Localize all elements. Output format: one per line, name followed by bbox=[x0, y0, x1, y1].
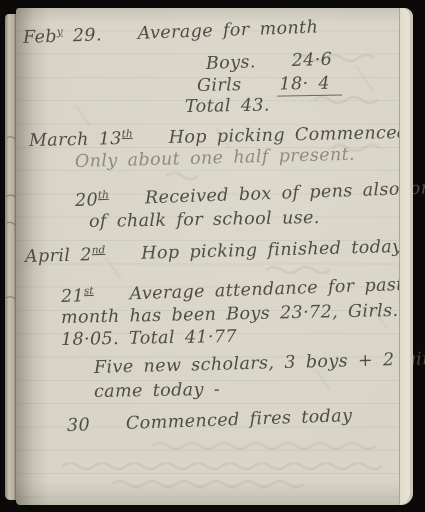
stat-boys-label: Boys. bbox=[206, 52, 256, 74]
entry-march20-text: Received box of pens also one bbox=[145, 178, 425, 208]
facing-page-edge bbox=[5, 14, 16, 500]
date-ordinal: th bbox=[98, 189, 109, 201]
entry-feb29-date: Feby 29. bbox=[23, 25, 103, 48]
stat-total-value: 43. bbox=[241, 96, 270, 117]
facing-page-ink-marks bbox=[5, 14, 16, 500]
entry-march13-date: March 13th bbox=[29, 129, 133, 151]
page-fore-edge bbox=[399, 8, 413, 505]
entry-feb29-text: Average for month bbox=[137, 18, 318, 44]
date-ordinal: st bbox=[84, 285, 94, 297]
entry-new-scholars-line2: came today - bbox=[94, 380, 220, 402]
entry-april30-date: 30 bbox=[67, 415, 91, 436]
entry-april2-text: Hop picking finished today bbox=[141, 237, 403, 264]
entry-april30-text: Commenced fires today bbox=[126, 406, 353, 434]
spacer bbox=[119, 204, 135, 205]
stat-boys-value: 24·6 bbox=[291, 50, 332, 71]
stat-total: Total 43. bbox=[185, 96, 270, 117]
date-ordinal: th bbox=[122, 128, 133, 140]
entry-april21-text: Average attendance for past bbox=[129, 275, 404, 305]
entry-feb29-heading: Feby 29. Average for month bbox=[23, 17, 319, 48]
journal-page: Feby 29. Average for month Boys. 24·6 Gi… bbox=[16, 8, 413, 505]
entry-april2-date: April 2nd bbox=[25, 245, 106, 267]
date-ordinal: y bbox=[57, 26, 63, 38]
spacer bbox=[266, 66, 282, 67]
stat-total-label: Total bbox=[185, 96, 231, 117]
stat-girls-value: 18· 4 bbox=[277, 73, 342, 96]
entry-new-scholars-line1: Five new scholars, 3 boys + 2 girls bbox=[94, 349, 425, 378]
spacer bbox=[112, 39, 128, 40]
entry-march20-line2: of chalk for school use. bbox=[89, 208, 320, 232]
stat-boys: Boys. 24·6 bbox=[206, 50, 333, 74]
stat-girls: Girls 18· 4 bbox=[197, 73, 342, 96]
entry-march20-date: 20th bbox=[75, 190, 110, 211]
entry-april2-line1: April 2nd Hop picking finished today bbox=[25, 236, 403, 267]
stat-girls-label: Girls bbox=[197, 75, 242, 96]
entry-march20-line1: 20th Received box of pens also one bbox=[75, 177, 425, 211]
spacer bbox=[104, 300, 120, 301]
entry-march13-text: Hop picking Commenced bbox=[169, 123, 409, 148]
entry-april21-date: 21st bbox=[61, 286, 94, 307]
spacer bbox=[100, 429, 116, 430]
entry-april30-line1: 30 Commenced fires today bbox=[67, 406, 353, 436]
entry-april21-line3: 18·05. Total 41·77 bbox=[61, 327, 237, 350]
date-ordinal: nd bbox=[92, 244, 106, 256]
